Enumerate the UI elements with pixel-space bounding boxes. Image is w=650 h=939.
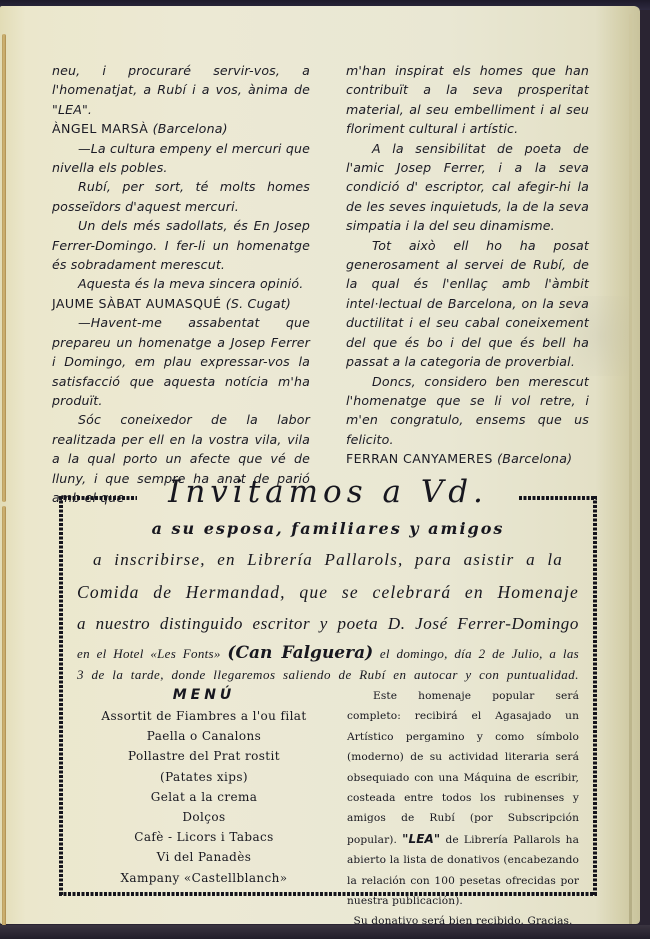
signature-place: (Barcelona) xyxy=(497,451,572,466)
menu-item: Cafè - Licors i Tabacs xyxy=(79,827,329,847)
right-column: m'han inspirat els homes que han contrib… xyxy=(346,61,589,469)
dotted-border-top-left xyxy=(59,496,137,500)
signature-ferran-canyameres: FERRAN CANYAMERES (Barcelona) xyxy=(346,449,589,468)
paragraph: m'han inspirat els homes que han contrib… xyxy=(346,61,589,139)
signature-name: ÀNGEL MARSÀ xyxy=(52,121,148,136)
page-edge xyxy=(629,14,632,924)
paragraph: —La cultura empeny el mercuri que nivell… xyxy=(52,139,310,178)
dotted-border-top-right xyxy=(519,496,597,500)
invitation-title: Invitamos a Vd. xyxy=(139,474,517,510)
binding-spine-lower xyxy=(2,506,6,926)
menu-item: Dolços xyxy=(79,807,329,827)
paragraph: Un dels més sadollats, és En Josep Ferre… xyxy=(52,216,310,274)
lea-publication-name: "LEA" xyxy=(402,832,440,846)
menu-item: Gelat a la crema xyxy=(79,787,329,807)
menu-item: Vi del Panadès xyxy=(79,847,329,867)
invitation-box: Invitamos a Vd. a su esposa, familiares … xyxy=(59,486,597,894)
article-columns: neu, i procuraré servir-vos, a l'homenat… xyxy=(52,61,589,471)
paragraph: A la sensibilitat de poeta de l'amic Jos… xyxy=(346,139,589,236)
paragraph: Tot això ell ho ha posat generosament al… xyxy=(346,236,589,372)
invitation-line: Comida de Hermandad, que se celebrará en… xyxy=(77,582,579,603)
venue-date: el domingo, día 2 de Julio, a las xyxy=(380,646,579,661)
homage-note: Este homenaje popular será completo: rec… xyxy=(347,686,579,932)
signature-jaume-sabat: JAUME SÀBAT AUMASQUÉ (S. Cugat) xyxy=(52,294,310,313)
book-frame-bottom xyxy=(0,925,650,939)
dotted-border-right xyxy=(593,496,597,896)
invitation-line: a inscribirse, en Librería Pallarols, pa… xyxy=(93,550,563,570)
menu: MENÚ Assortit de Fiambres a l'ou filat P… xyxy=(79,686,329,888)
signature-place: (Barcelona) xyxy=(153,121,228,136)
invitation-line: 3 de la tarde, donde llegaremos saliendo… xyxy=(77,667,579,683)
binding-spine xyxy=(2,34,6,502)
signature-name: FERRAN CANYAMERES xyxy=(346,451,493,466)
venue-can-falguera: (Can Falguera) xyxy=(227,643,373,663)
paragraph: —Havent-me assabentat que prepareu un ho… xyxy=(52,313,310,410)
paragraph: Aquesta és la meva sincera opinió. xyxy=(52,274,310,293)
paragraph: Rubí, per sort, té molts homes posseïdor… xyxy=(52,177,310,216)
menu-item: Xampany «Castellblanch» xyxy=(79,868,329,888)
paragraph: neu, i procuraré servir-vos, a l'homenat… xyxy=(52,61,310,119)
signature-name: JAUME SÀBAT AUMASQUÉ xyxy=(52,296,221,311)
signature-angel-marsa: ÀNGEL MARSÀ (Barcelona) xyxy=(52,119,310,138)
invitation-line-venue: en el Hotel «Les Fonts» (Can Falguera) e… xyxy=(77,643,579,663)
dotted-border-left xyxy=(59,496,63,896)
signature-place: (S. Cugat) xyxy=(226,296,291,311)
menu-item: Assortit de Fiambres a l'ou filat xyxy=(79,706,329,726)
left-column: neu, i procuraré servir-vos, a l'homenat… xyxy=(52,61,310,507)
venue-hotel: en el Hotel «Les Fonts» xyxy=(77,646,221,661)
invitation-line: a nuestro distinguido escritor y poeta D… xyxy=(77,614,579,634)
note-text: Este homenaje popular será completo: rec… xyxy=(347,690,579,846)
invitation-subtitle: a su esposa, familiares y amigos xyxy=(59,519,597,538)
menu-item: Pollastre del Prat rostit xyxy=(79,746,329,766)
menu-item: Paella o Canalons xyxy=(79,726,329,746)
menu-item: (Patates xips) xyxy=(79,767,329,787)
magazine-page: neu, i procuraré servir-vos, a l'homenat… xyxy=(0,6,640,924)
paragraph: Doncs, considero ben merescut l'homenatg… xyxy=(346,372,589,450)
menu-title: MENÚ xyxy=(79,686,329,704)
